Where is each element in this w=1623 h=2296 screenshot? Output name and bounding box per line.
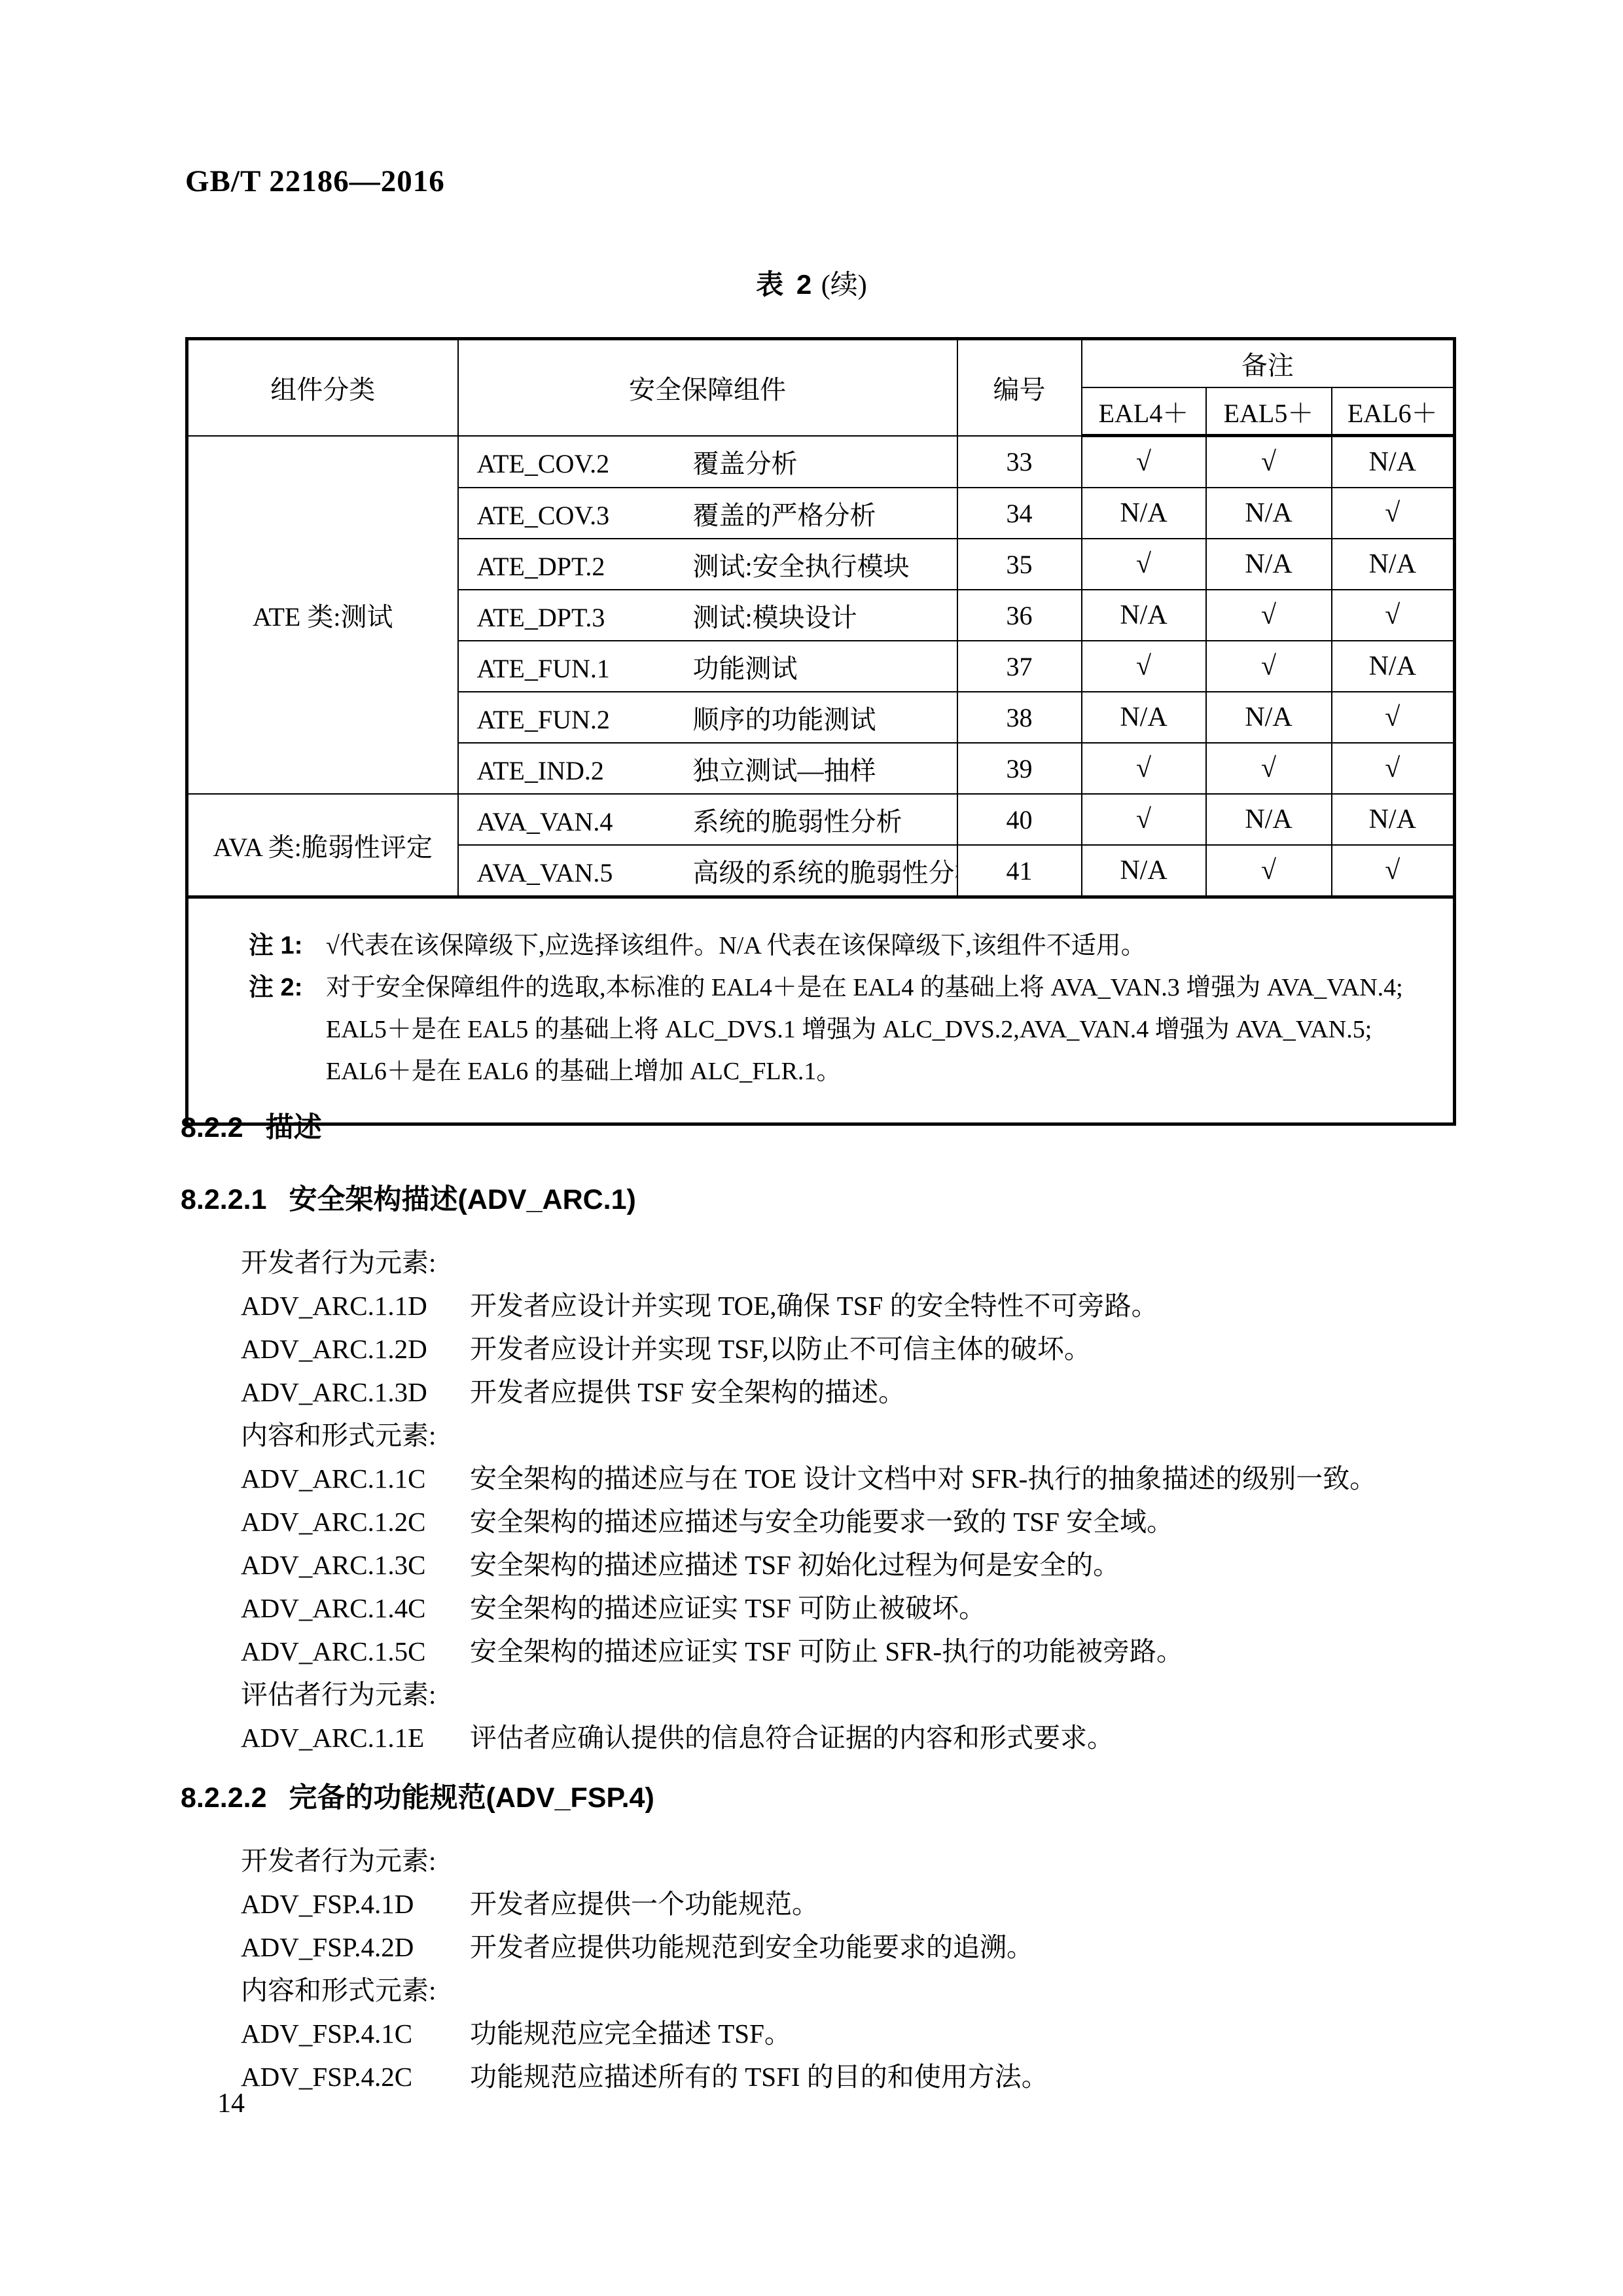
eal5-cell: N/A	[1206, 794, 1332, 845]
col-header-component: 安全保障组件	[458, 339, 957, 436]
element-text: 功能规范应完全描述 TSF。	[470, 2018, 791, 2049]
element-id: ADV_ARC.1.2D	[241, 1327, 470, 1371]
eal4-cell: √	[1082, 641, 1206, 692]
note-2-label: 注 2:	[249, 967, 326, 1009]
table-caption-number: 表 2	[756, 269, 814, 300]
element-id: ADV_ARC.1.1D	[241, 1284, 470, 1327]
component-code: AVA_VAN.4	[477, 806, 693, 837]
eal6-cell: √	[1332, 692, 1455, 743]
component-code: ATE_FUN.2	[477, 704, 693, 735]
component-code: AVA_VAN.5	[477, 857, 693, 888]
element-line: ADV_ARC.1.2C安全架构的描述应描述与安全功能要求一致的 TSF 安全域…	[181, 1500, 1463, 1543]
component-code: ATE_DPT.2	[477, 551, 693, 582]
element-line: ADV_ARC.1.3C安全架构的描述应描述 TSF 初始化过程为何是安全的。	[181, 1543, 1463, 1587]
eal5-cell: √	[1206, 436, 1332, 488]
element-id: ADV_FSP.4.1C	[241, 2012, 470, 2055]
section-number: 8.2.2.1	[181, 1184, 267, 1215]
category-cell-ava: AVA 类:脆弱性评定	[187, 794, 458, 897]
eal4-cell: N/A	[1082, 692, 1206, 743]
component-cell: ATE_IND.2独立测试—抽样	[458, 743, 957, 794]
number-cell: 41	[957, 845, 1082, 897]
number-cell: 39	[957, 743, 1082, 794]
col-header-eal6: EAL6＋	[1332, 387, 1455, 436]
component-code: ATE_IND.2	[477, 755, 693, 786]
note-1-label: 注 1:	[249, 925, 326, 967]
element-line: 内容和形式元素:	[181, 1414, 1463, 1457]
eal4-cell: N/A	[1082, 590, 1206, 641]
eal4-cell: √	[1082, 743, 1206, 794]
eal5-cell: N/A	[1206, 692, 1332, 743]
element-text: 评估者行为元素:	[241, 1679, 436, 1710]
note-1-text: √代表在该保障级下,应选择该组件。N/A 代表在该保障级下,该组件不适用。	[326, 925, 1146, 967]
section-8221-body: 开发者行为元素: ADV_ARC.1.1D开发者应设计并实现 TOE,确保 TS…	[181, 1241, 1463, 1759]
eal6-cell: N/A	[1332, 794, 1455, 845]
element-id: ADV_ARC.1.4C	[241, 1587, 470, 1630]
col-header-remark: 备注	[1082, 339, 1455, 388]
table-header-row-1: 组件分类 安全保障组件 编号 备注	[187, 339, 1455, 388]
eal6-cell: √	[1332, 845, 1455, 897]
table-caption: 表 2 (续)	[0, 263, 1623, 302]
element-id: ADV_FSP.4.2D	[241, 1926, 470, 1969]
document-page: GB/T 22186—2016 表 2 (续) 组件分类 安全保障组件 编号 备…	[0, 0, 1623, 2296]
element-line: ADV_ARC.1.5C安全架构的描述应证实 TSF 可防止 SFR-执行的功能…	[181, 1630, 1463, 1673]
component-name: 测试:模块设计	[693, 603, 857, 632]
section-title: 安全架构描述(ADV_ARC.1)	[289, 1184, 636, 1215]
section-number: 8.2.2.2	[181, 1782, 267, 1814]
note-2-text-line2: EAL5＋是在 EAL5 的基础上将 ALC_DVS.1 增强为 ALC_DVS…	[326, 1009, 1403, 1050]
table-note-1: 注 1:√代表在该保障级下,应选择该组件。N/A 代表在该保障级下,该组件不适用…	[249, 925, 1427, 967]
element-line: ADV_FSP.4.2D开发者应提供功能规范到安全功能要求的追溯。	[181, 1926, 1463, 1969]
component-name: 独立测试—抽样	[693, 756, 876, 785]
element-text: 功能规范应描述所有的 TSFI 的目的和使用方法。	[470, 2062, 1048, 2092]
section-heading-822: 8.2.2描述	[181, 1113, 1463, 1143]
eal5-cell: √	[1206, 845, 1332, 897]
eal5-cell: √	[1206, 641, 1332, 692]
element-line: ADV_FSP.4.2C功能规范应描述所有的 TSFI 的目的和使用方法。	[181, 2055, 1463, 2098]
element-line: ADV_ARC.1.1E评估者应确认提供的信息符合证据的内容和形式要求。	[181, 1716, 1463, 1759]
element-id: ADV_FSP.4.1D	[241, 1882, 470, 1926]
element-line: ADV_ARC.1.4C安全架构的描述应证实 TSF 可防止被破坏。	[181, 1587, 1463, 1630]
eal5-cell: √	[1206, 743, 1332, 794]
col-header-number: 编号	[957, 339, 1082, 436]
element-text: 安全架构的描述应证实 TSF 可防止 SFR-执行的功能被旁路。	[470, 1636, 1183, 1666]
component-name: 覆盖的严格分析	[693, 501, 876, 530]
component-name: 覆盖分析	[693, 449, 798, 478]
section-title: 描述	[266, 1112, 322, 1143]
assurance-components-table: 组件分类 安全保障组件 编号 备注 EAL4＋ EAL5＋ EAL6＋ ATE …	[185, 337, 1456, 1126]
eal4-cell: N/A	[1082, 488, 1206, 539]
element-text: 内容和形式元素:	[241, 1975, 436, 2005]
component-code: ATE_COV.3	[477, 500, 693, 531]
number-cell: 35	[957, 539, 1082, 590]
eal4-cell: √	[1082, 794, 1206, 845]
component-name: 顺序的功能测试	[693, 705, 876, 734]
eal4-cell: √	[1082, 436, 1206, 488]
section-heading-8222: 8.2.2.2完备的功能规范(ADV_FSP.4)	[181, 1783, 1463, 1813]
number-cell: 38	[957, 692, 1082, 743]
eal5-cell: N/A	[1206, 539, 1332, 590]
eal4-cell: N/A	[1082, 845, 1206, 897]
eal6-cell: √	[1332, 743, 1455, 794]
document-body: 8.2.2描述 8.2.2.1安全架构描述(ADV_ARC.1) 开发者行为元素…	[181, 1113, 1463, 2098]
number-cell: 36	[957, 590, 1082, 641]
element-line: ADV_ARC.1.1C安全架构的描述应与在 TOE 设计文档中对 SFR-执行…	[181, 1457, 1463, 1500]
element-id: ADV_ARC.1.1C	[241, 1457, 470, 1500]
eal6-cell: √	[1332, 590, 1455, 641]
element-text: 开发者行为元素:	[241, 1846, 436, 1876]
element-line: ADV_ARC.1.1D开发者应设计并实现 TOE,确保 TSF 的安全特性不可…	[181, 1284, 1463, 1327]
element-text: 开发者行为元素:	[241, 1247, 436, 1278]
col-header-eal4: EAL4＋	[1082, 387, 1206, 436]
table-row-33: ATE 类:测试 ATE_COV.2覆盖分析 33 √ √ N/A	[187, 436, 1455, 488]
element-text: 开发者应提供 TSF 安全架构的描述。	[470, 1377, 905, 1407]
component-name: 系统的脆弱性分析	[693, 807, 902, 836]
eal4-cell: √	[1082, 539, 1206, 590]
eal6-cell: √	[1332, 488, 1455, 539]
element-text: 开发者应设计并实现 TOE,确保 TSF 的安全特性不可旁路。	[470, 1291, 1158, 1321]
component-cell: ATE_COV.3覆盖的严格分析	[458, 488, 957, 539]
element-line: 内容和形式元素:	[181, 1969, 1463, 2012]
component-code: ATE_COV.2	[477, 448, 693, 479]
section-number: 8.2.2	[181, 1112, 243, 1143]
component-cell: ATE_DPT.3测试:模块设计	[458, 590, 957, 641]
component-name: 功能测试	[693, 654, 798, 683]
section-title: 完备的功能规范(ADV_FSP.4)	[289, 1782, 654, 1814]
element-text: 安全架构的描述应描述与安全功能要求一致的 TSF 安全域。	[470, 1507, 1173, 1537]
element-line: ADV_FSP.4.1C功能规范应完全描述 TSF。	[181, 2012, 1463, 2055]
element-text: 开发者应设计并实现 TSF,以防止不可信主体的破坏。	[470, 1334, 1091, 1364]
component-cell: AVA_VAN.5高级的系统的脆弱性分析	[458, 845, 957, 897]
component-cell: ATE_FUN.1功能测试	[458, 641, 957, 692]
element-text: 安全架构的描述应描述 TSF 初始化过程为何是安全的。	[470, 1550, 1120, 1580]
element-text: 开发者应提供一个功能规范。	[470, 1889, 819, 1919]
element-id: ADV_ARC.1.5C	[241, 1630, 470, 1673]
component-name: 测试:安全执行模块	[693, 552, 910, 581]
number-cell: 34	[957, 488, 1082, 539]
element-text: 安全架构的描述应证实 TSF 可防止被破坏。	[470, 1593, 986, 1623]
component-code: ATE_FUN.1	[477, 653, 693, 684]
number-cell: 40	[957, 794, 1082, 845]
element-line: ADV_ARC.1.3D开发者应提供 TSF 安全架构的描述。	[181, 1371, 1463, 1414]
element-line: 开发者行为元素:	[181, 1839, 1463, 1882]
element-id: ADV_FSP.4.2C	[241, 2055, 470, 2098]
element-line: ADV_FSP.4.1D开发者应提供一个功能规范。	[181, 1882, 1463, 1926]
table-notes-cell: 注 1:√代表在该保障级下,应选择该组件。N/A 代表在该保障级下,该组件不适用…	[187, 897, 1455, 1124]
table-row-40: AVA 类:脆弱性评定 AVA_VAN.4系统的脆弱性分析 40 √ N/A N…	[187, 794, 1455, 845]
note-2-text-line3: EAL6＋是在 EAL6 的基础上增加 ALC_FLR.1。	[326, 1050, 1403, 1092]
note-2-text-line1: 对于安全保障组件的选取,本标准的 EAL4＋是在 EAL4 的基础上将 AVA_…	[326, 967, 1403, 1009]
component-name: 高级的系统的脆弱性分析	[693, 858, 957, 888]
col-header-eal5: EAL5＋	[1206, 387, 1332, 436]
eal6-cell: N/A	[1332, 436, 1455, 488]
table-notes-row: 注 1:√代表在该保障级下,应选择该组件。N/A 代表在该保障级下,该组件不适用…	[187, 897, 1455, 1124]
table-note-2: 注 2:对于安全保障组件的选取,本标准的 EAL4＋是在 EAL4 的基础上将 …	[249, 967, 1427, 1092]
standard-number-header: GB/T 22186—2016	[185, 164, 445, 199]
category-cell-ate: ATE 类:测试	[187, 436, 458, 795]
component-code: ATE_DPT.3	[477, 602, 693, 633]
element-text: 安全架构的描述应与在 TOE 设计文档中对 SFR-执行的抽象描述的级别一致。	[470, 1463, 1376, 1494]
eal5-cell: √	[1206, 590, 1332, 641]
element-id: ADV_ARC.1.2C	[241, 1500, 470, 1543]
section-8222-body: 开发者行为元素: ADV_FSP.4.1D开发者应提供一个功能规范。 ADV_F…	[181, 1839, 1463, 2098]
eal6-cell: N/A	[1332, 539, 1455, 590]
eal6-cell: N/A	[1332, 641, 1455, 692]
element-text: 评估者应确认提供的信息符合证据的内容和形式要求。	[470, 1723, 1114, 1753]
element-line: ADV_ARC.1.2D开发者应设计并实现 TSF,以防止不可信主体的破坏。	[181, 1327, 1463, 1371]
element-text: 开发者应提供功能规范到安全功能要求的追溯。	[470, 1932, 1033, 1962]
element-id: ADV_ARC.1.3C	[241, 1543, 470, 1587]
component-cell: ATE_FUN.2顺序的功能测试	[458, 692, 957, 743]
col-header-category: 组件分类	[187, 339, 458, 436]
component-cell: AVA_VAN.4系统的脆弱性分析	[458, 794, 957, 845]
table-caption-continued: (续)	[821, 270, 867, 300]
number-cell: 33	[957, 436, 1082, 488]
eal5-cell: N/A	[1206, 488, 1332, 539]
component-cell: ATE_COV.2覆盖分析	[458, 436, 957, 488]
element-text: 内容和形式元素:	[241, 1420, 436, 1450]
element-id: ADV_ARC.1.3D	[241, 1371, 470, 1414]
element-line: 评估者行为元素:	[181, 1673, 1463, 1716]
element-line: 开发者行为元素:	[181, 1241, 1463, 1284]
component-cell: ATE_DPT.2测试:安全执行模块	[458, 539, 957, 590]
page-number: 14	[217, 2088, 245, 2119]
element-id: ADV_ARC.1.1E	[241, 1716, 470, 1759]
number-cell: 37	[957, 641, 1082, 692]
section-heading-8221: 8.2.2.1安全架构描述(ADV_ARC.1)	[181, 1185, 1463, 1215]
